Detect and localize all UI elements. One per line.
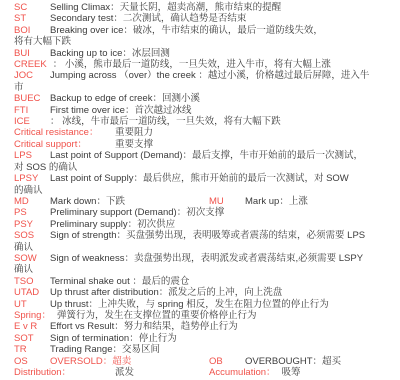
term-definition: Mark up：上涨 <box>245 196 308 207</box>
glossary-row: LPSYLast point of Supply：最后供应，熊市开始前的最后一次… <box>14 173 396 196</box>
term-definition: ： 小溪，熊市最后一道防线，一旦失效，进入牛市，将有大幅上涨 <box>53 59 331 70</box>
glossary-row: E v REffort vs Result：努力和结果，趋势停止行为 <box>14 321 396 332</box>
term-definition: 弹簧行为，发生在支撑位置的重要价格停止行为 <box>57 310 257 321</box>
term-label: PS <box>14 207 44 218</box>
term-definition: Sign of termination：停止行为 <box>50 333 177 344</box>
term-label: BUI <box>14 48 44 59</box>
glossary-row: LPSLast point of Support (Demand)：最后支撑，牛… <box>14 150 396 173</box>
term-definition: Last point of Support (Demand)：最后支撑，牛市开始… <box>14 150 363 172</box>
term-definition: Preliminary supply：初次供应 <box>50 219 175 230</box>
term-definition: Last point of Supply：最后供应，熊市开始前的最后一次测试，对… <box>14 173 349 195</box>
glossary-row: BUECBackup to edge of creek：回测小溪 <box>14 93 396 104</box>
term-label: Critical resistance： <box>14 127 109 138</box>
term-definition: Breaking over ice：破冰，牛市结束的确认，最后一道防线失效， 将… <box>14 25 323 47</box>
term-definition: 重要支撑 <box>115 139 153 150</box>
wyckoff-glossary-document: SCSelling Climax：天量长阴，超卖高潮，熊市结束的提醒STSeco… <box>14 2 396 378</box>
glossary-row: STSecondary test：二次测试，确认趋势是否结束 <box>14 13 396 24</box>
term-definition: Backup to edge of creek：回测小溪 <box>50 93 200 104</box>
glossary-row: MDMark down：下跌MUMark up：上涨 <box>14 196 396 207</box>
glossary-rows-container: SCSelling Climax：天量长阴，超卖高潮，熊市结束的提醒STSeco… <box>14 2 396 378</box>
glossary-row: Critical resistance：重要阻力 <box>14 127 396 138</box>
glossary-row: PSPreliminary support (Demand)：初次支撑 <box>14 207 396 218</box>
term-label: UTAD <box>14 287 44 298</box>
glossary-row: ICE： 冰线，牛市最后一道防线，一旦失效，将有大幅下跌 <box>14 116 396 127</box>
term-definition: 重要阻力 <box>115 127 153 138</box>
term-definition: Up thrust：上冲失败，与 spring 相反，发生在阻力位置的停止行为 <box>50 299 329 310</box>
term-label: Distribution： <box>14 367 109 378</box>
term-label: Accumulation： <box>209 367 276 378</box>
term-definition: Effort vs Result：努力和结果，趋势停止行为 <box>50 321 238 332</box>
term-label: PSY <box>14 219 44 230</box>
glossary-row: UTUp thrust：上冲失败，与 spring 相反，发生在阻力位置的停止行… <box>14 299 396 310</box>
term-label: TSO <box>14 276 44 287</box>
term-label: E v R <box>14 321 44 332</box>
glossary-row: Spring：弹簧行为，发生在支撑位置的重要价格停止行为 <box>14 310 396 321</box>
term-label: ST <box>14 13 44 24</box>
glossary-entry-right: Accumulation：吸筹 <box>209 367 396 378</box>
glossary-row: SCSelling Climax：天量长阴，超卖高潮，熊市结束的提醒 <box>14 2 396 13</box>
term-definition: Sign of weakness：卖盘强势出现，表明派发或者震荡结束,必须需要 … <box>14 253 363 275</box>
term-label: JOC <box>14 70 44 81</box>
term-definition: ： 冰线，牛市最后一道防线，一旦失效，将有大幅下跌 <box>50 116 281 127</box>
term-label: Critical support： <box>14 139 109 150</box>
term-label: OS <box>14 356 44 367</box>
term-definition: Sign of strength：买盘强势出现，表明吸筹或者震荡的结束，必须需要… <box>14 230 365 252</box>
glossary-row: SOWSign of weakness：卖盘强势出现，表明派发或者震荡结束,必须… <box>14 253 396 276</box>
term-label: MU <box>209 196 239 207</box>
term-definition: Preliminary support (Demand)：初次支撑 <box>50 207 224 218</box>
glossary-row: Distribution：派发Accumulation：吸筹 <box>14 367 396 378</box>
glossary-entry-left: Distribution：派发 <box>14 367 209 378</box>
term-definition: OVERBOUGHT：超买 <box>245 356 341 367</box>
term-label: MD <box>14 196 44 207</box>
glossary-row: OSOVERSOLD：超卖OBOVERBOUGHT：超买 <box>14 356 396 367</box>
term-definition: Jumping across （over）the creek ：越过小溪，价格越… <box>14 70 369 92</box>
term-definition: Mark down：下跌 <box>50 196 125 207</box>
term-label: SOW <box>14 253 44 264</box>
glossary-row: TRTrading Range：交易区间 <box>14 344 396 355</box>
term-definition: First time over ice：首次越过冰线 <box>50 105 191 116</box>
term-label: SOT <box>14 333 44 344</box>
term-definition: Selling Climax：天量长阴，超卖高潮，熊市结束的提醒 <box>50 2 281 13</box>
term-label: SC <box>14 2 44 13</box>
term-label: BOI <box>14 25 44 36</box>
term-label: FTI <box>14 105 44 116</box>
glossary-entry-left: MDMark down：下跌 <box>14 196 209 207</box>
glossary-row: CREEK： 小溪，熊市最后一道防线，一旦失效，进入牛市，将有大幅上涨 <box>14 59 396 70</box>
term-definition: Trading Range：交易区间 <box>50 344 160 355</box>
term-label: LPSY <box>14 173 44 184</box>
term-label: TR <box>14 344 44 355</box>
glossary-row: FTIFirst time over ice：首次越过冰线 <box>14 105 396 116</box>
glossary-row: PSYPreliminary supply：初次供应 <box>14 219 396 230</box>
term-label: UT <box>14 299 44 310</box>
term-definition: Secondary test：二次测试，确认趋势是否结束 <box>50 13 246 24</box>
term-label: LPS <box>14 150 44 161</box>
glossary-entry-left: OSOVERSOLD：超卖 <box>14 356 209 367</box>
glossary-entry-right: MUMark up：上涨 <box>209 196 396 207</box>
glossary-row: JOCJumping across （over）the creek ：越过小溪，… <box>14 70 396 93</box>
glossary-row: SOTSign of termination：停止行为 <box>14 333 396 344</box>
glossary-entry-right: OBOVERBOUGHT：超买 <box>209 356 396 367</box>
term-definition: Terminal shake out ：最后的震仓 <box>50 276 189 287</box>
glossary-row: TSOTerminal shake out ：最后的震仓 <box>14 276 396 287</box>
term-label: Spring： <box>14 310 51 321</box>
term-label: BUEC <box>14 93 44 104</box>
term-label: SOS <box>14 230 44 241</box>
term-definition: 派发 <box>115 367 134 378</box>
term-label: OB <box>209 356 239 367</box>
glossary-row: Critical support：重要支撑 <box>14 139 396 150</box>
glossary-row: SOSSign of strength：买盘强势出现，表明吸筹或者震荡的结束，必… <box>14 230 396 253</box>
glossary-row: BUIBacking up to ice：冰层回测 <box>14 48 396 59</box>
glossary-row: BOIBreaking over ice：破冰，牛市结束的确认，最后一道防线失效… <box>14 25 396 48</box>
term-label: CREEK <box>14 59 47 70</box>
term-definition: OVERSOLD：超卖 <box>50 356 131 367</box>
term-label: ICE <box>14 116 44 127</box>
term-definition: 吸筹 <box>282 367 301 378</box>
term-definition: Up thrust after distribution：派发之后的上冲，向上洗… <box>50 287 282 298</box>
term-definition: Backing up to ice：冰层回测 <box>50 48 170 59</box>
glossary-row: UTADUp thrust after distribution：派发之后的上冲… <box>14 287 396 298</box>
